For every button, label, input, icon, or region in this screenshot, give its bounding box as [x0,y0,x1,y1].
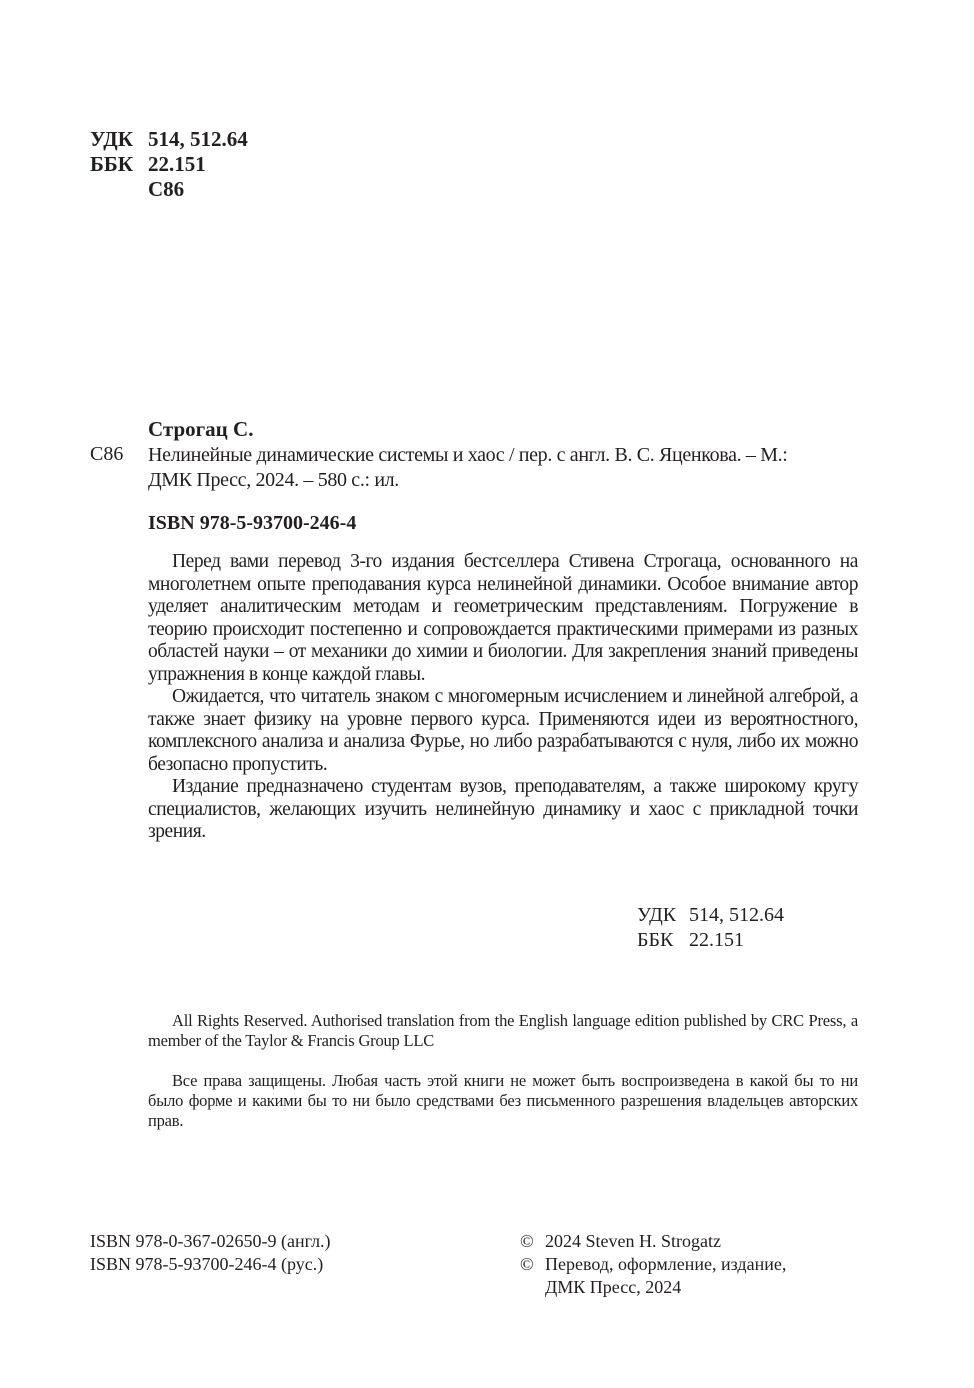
bbk-label: ББК [637,928,689,953]
udk-value: 514, 512.64 [689,903,784,928]
catalog-author: Строгац С. [148,417,253,442]
classification-codes: УДК514, 512.64 ББК22.151 С86 [90,127,248,202]
catalog-description: Нелинейные динамические системы и хаос /… [148,443,858,493]
bbk-value: 22.151 [148,152,206,177]
copyright-icon: © [520,1230,545,1253]
abstract-paragraph: Ожидается, что читатель знаком с многоме… [148,686,858,776]
description-line-2: ДМК Пресс, 2024. – 580 с.: ил. [148,468,858,493]
rights-notice: All Rights Reserved. Authorised translat… [148,1011,858,1151]
catalog-author-sign: С86 [90,443,123,466]
description-line-1: Нелинейные динамические системы и хаос /… [148,443,858,468]
isbn-english: ISBN 978-0-367-02650-9 (англ.) [90,1230,331,1253]
footer-classification-codes: УДК514, 512.64 ББК22.151 [637,903,784,953]
copyright-icon: © [520,1253,545,1276]
udk-label: УДК [90,127,148,152]
udk-label: УДК [637,903,689,928]
author-sign: С86 [148,177,184,202]
copyright-block: ©2024 Steven H. Strogatz ©Перевод, оформ… [520,1230,786,1299]
rights-russian: Все права защищены. Любая часть этой кни… [148,1071,858,1131]
copyright-publisher: ДМК Пресс, 2024 [545,1276,681,1299]
abstract: Перед вами перевод 3-го издания бестселл… [148,551,858,844]
catalog-isbn: ISBN 978-5-93700-246-4 [148,512,356,535]
rights-english: All Rights Reserved. Authorised translat… [148,1011,858,1051]
copyright-author: 2024 Steven H. Strogatz [545,1230,721,1253]
abstract-paragraph: Издание предназначено студентам вузов, п… [148,776,858,844]
udk-value: 514, 512.64 [148,127,248,152]
copyright-translation: Перевод, оформление, издание, [545,1253,786,1276]
bbk-label: ББК [90,152,148,177]
isbn-list: ISBN 978-0-367-02650-9 (англ.) ISBN 978-… [90,1230,331,1276]
bbk-value: 22.151 [689,928,744,953]
abstract-paragraph: Перед вами перевод 3-го издания бестселл… [148,551,858,686]
isbn-russian: ISBN 978-5-93700-246-4 (рус.) [90,1253,331,1276]
